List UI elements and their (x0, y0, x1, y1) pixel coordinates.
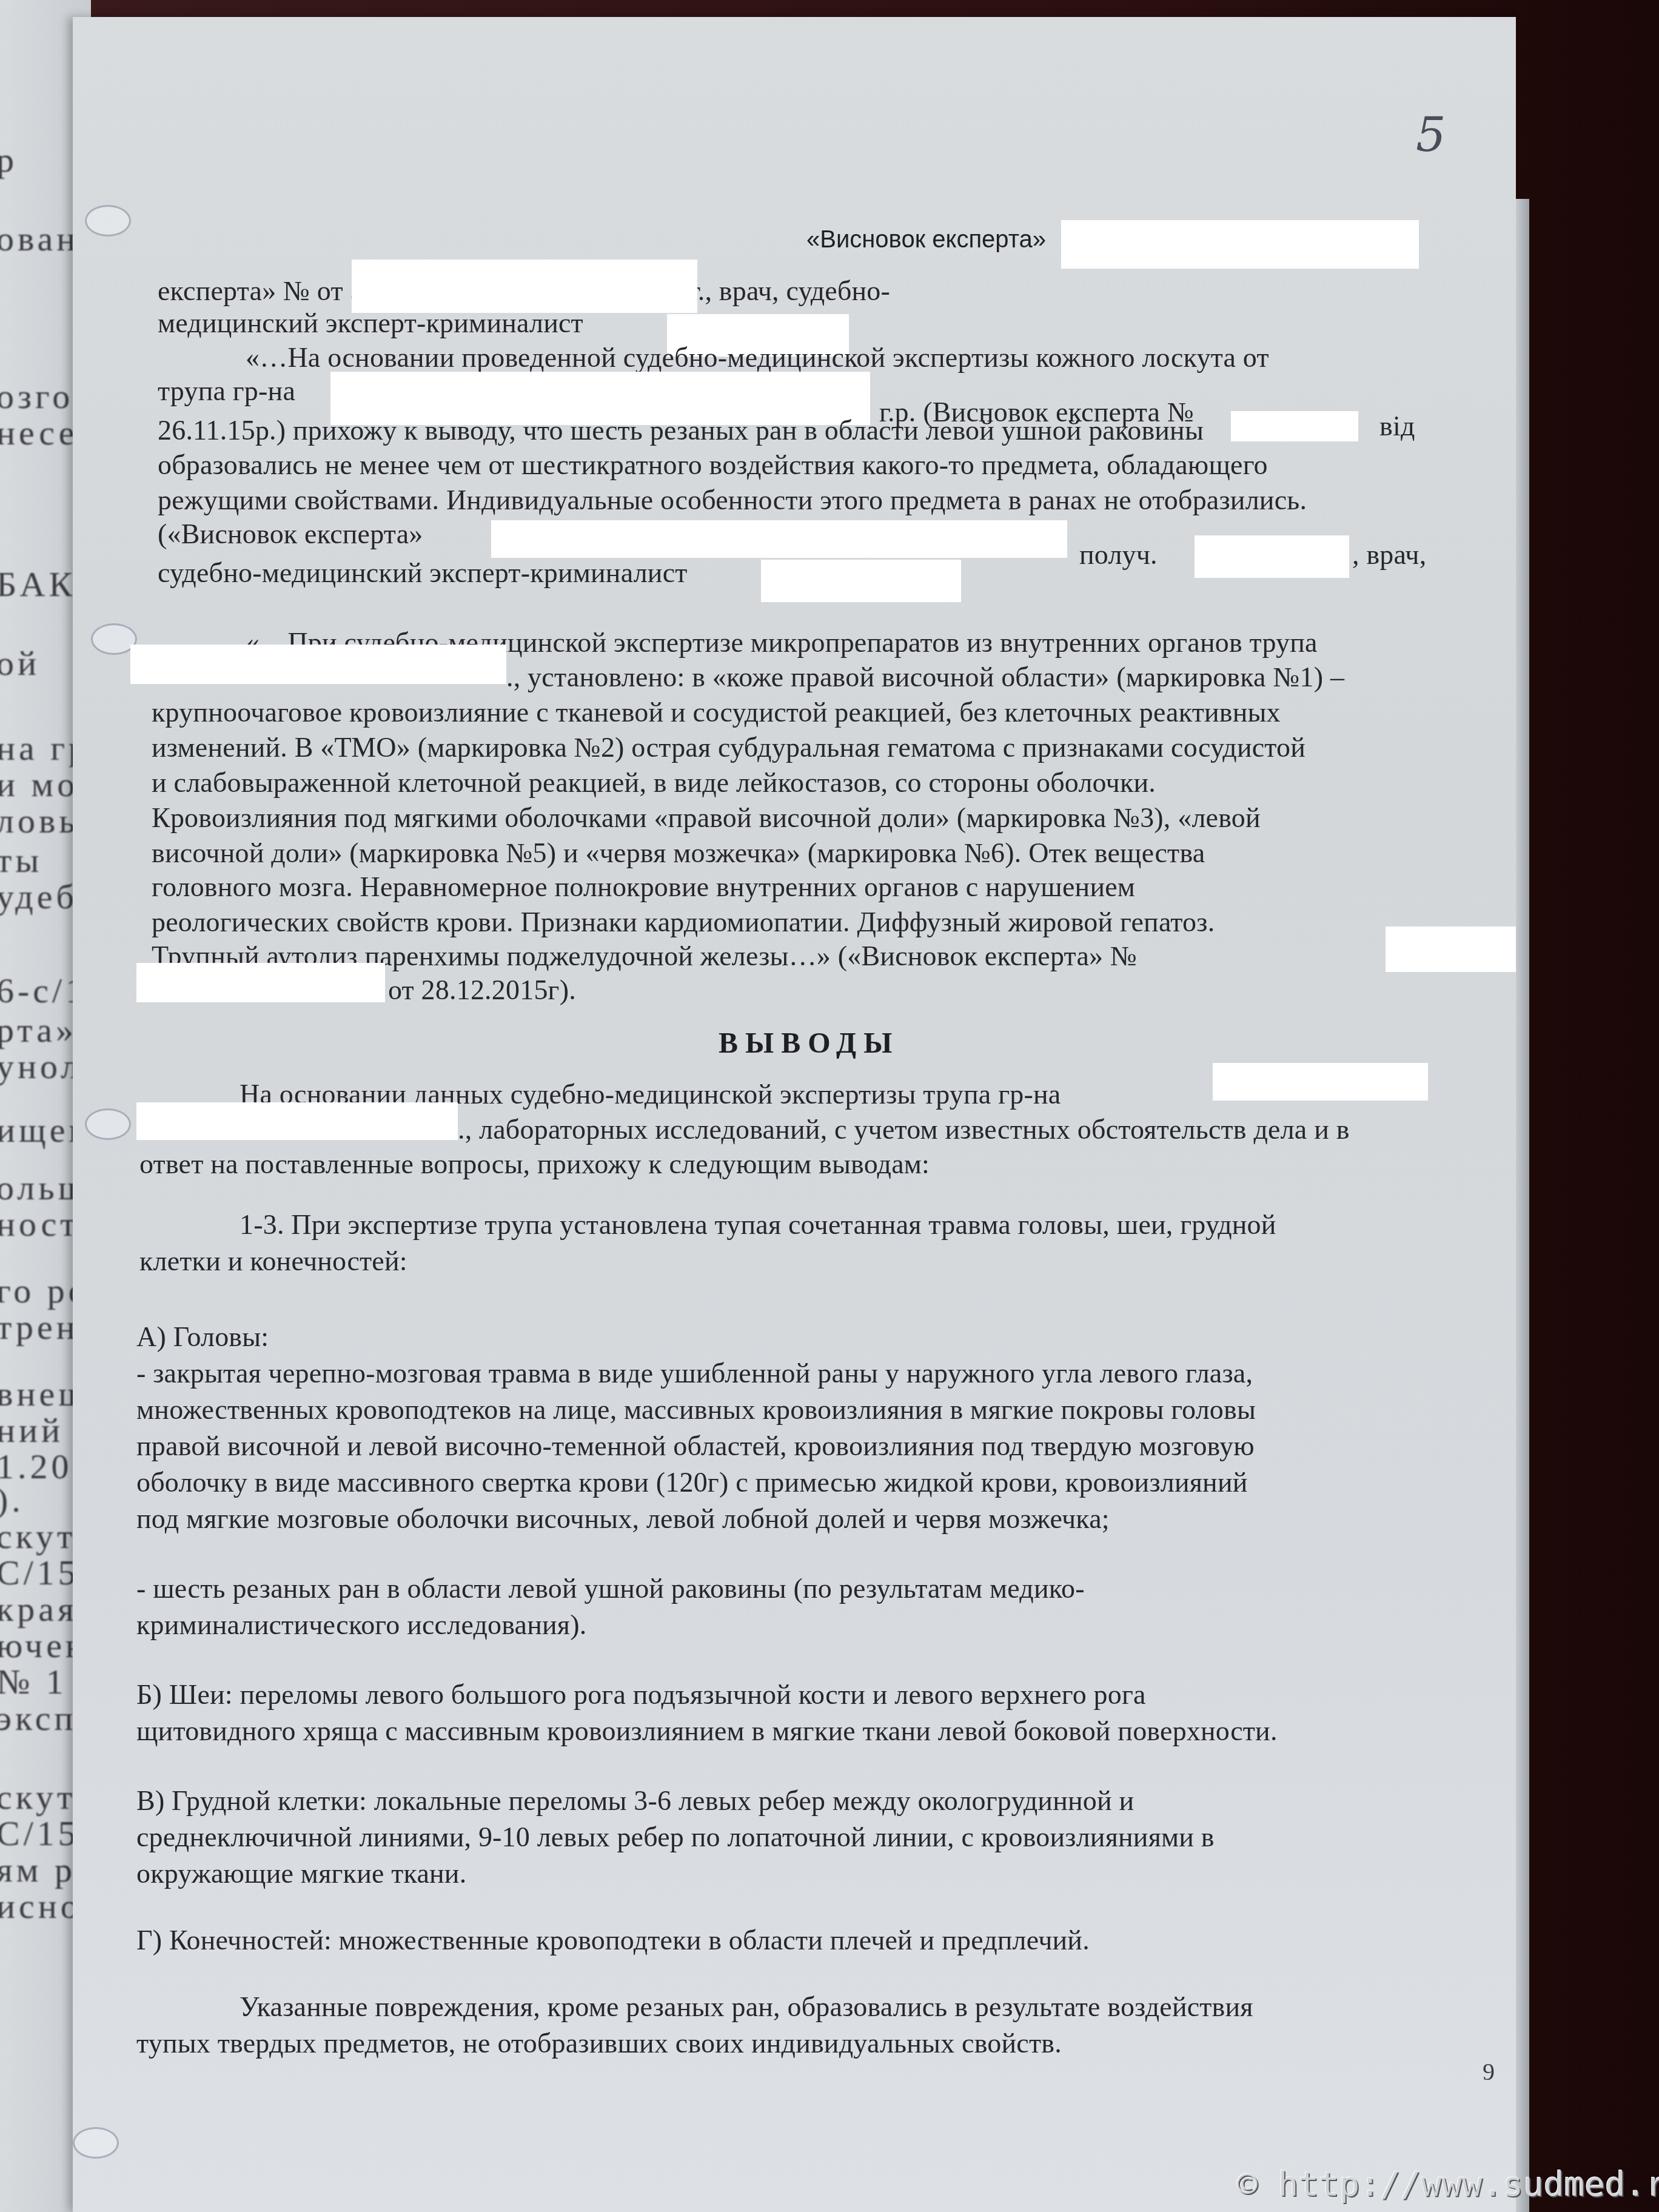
text-line: медицинский эксперт-криминалист (158, 307, 583, 339)
redaction-box (491, 520, 1067, 558)
redaction-box (130, 645, 506, 684)
text-line: - закрытая черепно-мозговая травма в вид… (136, 1357, 1253, 1389)
previous-page-text-fragment: ност (0, 1204, 79, 1244)
previous-page-text-fragment: ой (0, 643, 40, 683)
document-page: 5 «Висновок експерта» експерта» № от 30.… (73, 17, 1516, 2212)
header-title: «Висновок експерта» (806, 226, 1046, 253)
text-line-fragment: получ. (1079, 538, 1158, 571)
redaction-box (136, 1102, 458, 1140)
text-line: Г) Конечностей: множественные кровоподте… (136, 1924, 1090, 1956)
binding-hole (85, 205, 131, 236)
text-line: головного мозга. Неравномерное полнокров… (152, 871, 1135, 903)
text-line: клетки и конечностей: (139, 1245, 407, 1277)
text-line: под мягкие мозговые оболочки височных, л… (136, 1503, 1110, 1535)
text-line: щитовидного хряща с массивным кровоизлия… (136, 1715, 1278, 1747)
redaction-box (1231, 411, 1358, 441)
text-line: реологических свойств крови. Признаки ка… (152, 906, 1215, 938)
text-line: височной доли» (маркировка №5) и «червя … (152, 837, 1205, 869)
text-line: В) Грудной клетки: локальные переломы 3-… (136, 1785, 1134, 1817)
text-line: среднеключичной линиями, 9-10 левых ребе… (136, 1821, 1215, 1853)
redaction-box (1061, 220, 1419, 269)
watermark: © http://www.sudmed.ru (1237, 2165, 1659, 2204)
previous-page-text-fragment: унол (0, 1046, 82, 1087)
text-line: тупых твердых предметов, не отобразивших… (136, 2027, 1062, 2059)
binding-hole (85, 1108, 131, 1140)
redaction-box (136, 963, 385, 1002)
text-line: и слабовыраженной клеточной реакцией, в … (152, 766, 1156, 799)
text-line: Указанные повреждения, кроме резаных ран… (240, 1991, 1253, 2023)
previous-page-text-fragment: и мо (0, 764, 78, 805)
previous-page-text-fragment: ний (0, 1410, 64, 1450)
previous-page-text-fragment: № 1 (0, 1661, 67, 1702)
previous-page-text-fragment: БАК (0, 564, 76, 605)
text-line: множественных кровоподтеков на лице, мас… (136, 1393, 1256, 1426)
text-line: - шесть резаных ран в области левой ушно… (136, 1572, 1085, 1604)
text-line: образовались не менее чем от шестикратно… (158, 449, 1268, 481)
subsection-head: А) Головы: (136, 1321, 269, 1353)
text-line: ., лабораторных исследований, с учетом и… (458, 1113, 1350, 1145)
previous-page-text-fragment: ). (0, 1480, 24, 1520)
text-line: окружающие мягкие ткани. (136, 1857, 466, 1889)
text-line: оболочку в виде массивного свертка крови… (136, 1466, 1248, 1498)
text-line: судебно-медицинский эксперт-криминалист (158, 557, 688, 589)
text-line: крупноочаговое кровоизлияние с тканевой … (152, 696, 1281, 728)
redaction-box (1195, 535, 1349, 578)
redaction-box (1386, 927, 1519, 972)
text-line: Кровоизлияния под мягкими оболочками «пр… (152, 802, 1261, 834)
binding-hole (73, 2127, 119, 2159)
previous-page-text-fragment: исно (0, 1886, 82, 1926)
page-number: 9 (1483, 2057, 1495, 2086)
handwritten-sheet-number: 5 (1416, 108, 1446, 163)
previous-page-text-fragment: р (0, 139, 18, 180)
text-line: Б) Шеи: переломы левого большого рога по… (136, 1678, 1146, 1711)
section-title-conclusions: ВЫВОДЫ (719, 1027, 899, 1060)
previous-page-text-fragment: С/15 (0, 1552, 79, 1593)
text-line: правой височной и левой височно-теменной… (136, 1430, 1255, 1462)
text-line: ответ на поставленные вопросы, прихожу к… (139, 1148, 930, 1180)
text-line-fragment: , врач, (1352, 538, 1426, 571)
redaction-box (761, 560, 961, 602)
text-line: («Висновок експерта» (158, 518, 423, 550)
text-line: режущими свойствами. Индивидуальные особ… (158, 484, 1307, 516)
previous-page-text-fragment: рта» (0, 1010, 77, 1050)
previous-page-text-fragment: ты (0, 840, 42, 880)
text-line: изменений. В «ТМО» (маркировка №2) остра… (152, 731, 1305, 763)
text-line: ., установлено: в «коже правой височной … (506, 661, 1344, 693)
text-line-fragment: від (1379, 410, 1415, 442)
redaction-box (1213, 1063, 1428, 1101)
text-line: 1-3. При экспертизе трупа установлена ту… (240, 1208, 1276, 1241)
text-line: «…На основании проведенной судебно-медиц… (246, 341, 1269, 374)
text-line: трупа гр-на (158, 375, 295, 407)
text-line: криминалистического исследования). (136, 1609, 586, 1641)
text-line: от 28.12.2015г). (388, 974, 576, 1006)
previous-page-text-fragment: С/15 (0, 1813, 79, 1854)
redaction-box (352, 260, 697, 313)
text-line: 26.11.15р.) прихожу к выводу, что шесть … (158, 414, 1204, 446)
